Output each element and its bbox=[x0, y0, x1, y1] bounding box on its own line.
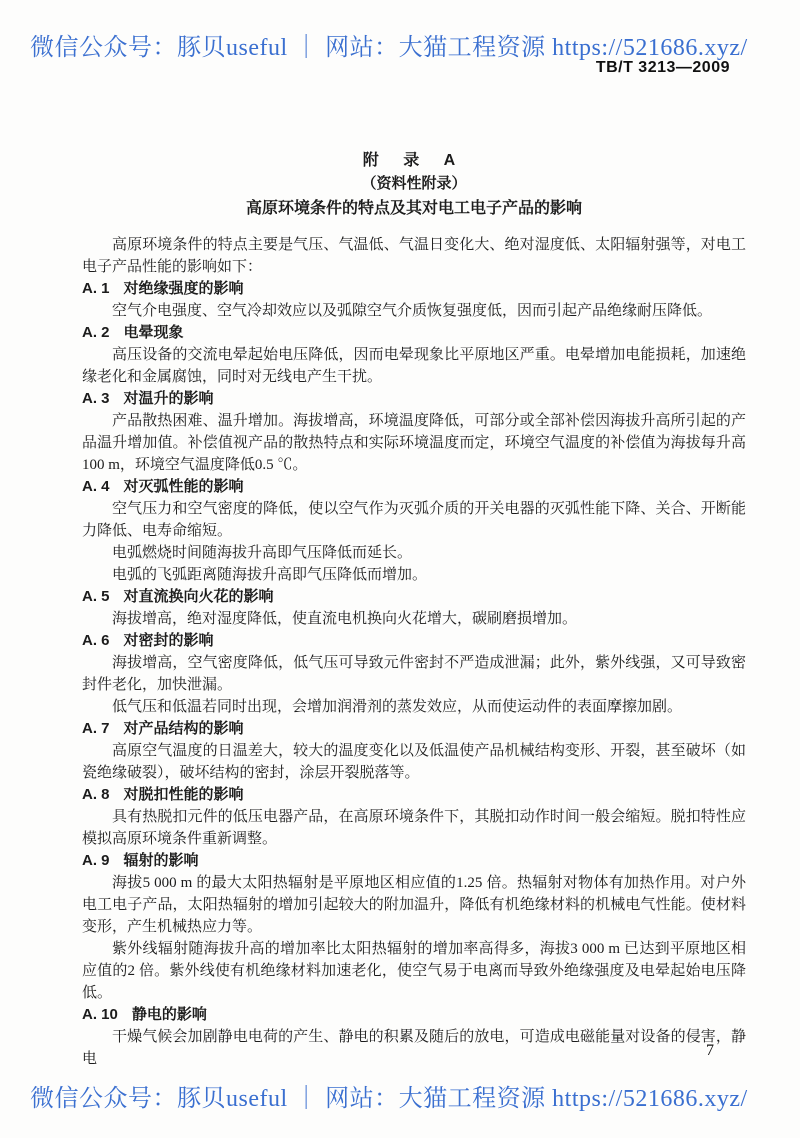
appendix-title: 高原环境条件的特点及其对电工电子产品的影响 bbox=[82, 196, 746, 221]
section-title: 对灭弧性能的影响 bbox=[124, 478, 244, 495]
section-heading-a7: A. 7对产品结构的影响 bbox=[82, 718, 746, 740]
section-paragraph: 空气压力和空气密度的降低，使以空气作为灭弧介质的开关电器的灭弧性能下降、关合、开… bbox=[82, 498, 746, 542]
section-paragraph: 高压设备的交流电晕起始电压降低，因而电晕现象比平原地区严重。电晕增加电能损耗，加… bbox=[82, 344, 746, 388]
section-number: A. 10 bbox=[82, 1004, 118, 1026]
section-paragraph: 具有热脱扣元件的低压电器产品，在高原环境条件下，其脱扣动作时间一般会缩短。脱扣特… bbox=[82, 806, 746, 850]
section-number: A. 8 bbox=[82, 784, 110, 806]
section-title: 对绝缘强度的影响 bbox=[124, 280, 244, 297]
section-heading-a4: A. 4对灭弧性能的影响 bbox=[82, 476, 746, 498]
section-title: 辐射的影响 bbox=[124, 852, 199, 869]
appendix-note: （资料性附录） bbox=[82, 172, 746, 196]
section-title: 对脱扣性能的影响 bbox=[124, 786, 244, 803]
section-number: A. 6 bbox=[82, 630, 110, 652]
intro-paragraph: 高原环境条件的特点主要是气压、气温低、气温日变化大、绝对湿度低、太阳辐射强等，对… bbox=[82, 234, 746, 278]
section-paragraph: 产品散热困难、温升增加。海拔增高，环境温度降低，可部分或全部补偿因海拔升高所引起… bbox=[82, 410, 746, 476]
section-title: 静电的影响 bbox=[132, 1006, 207, 1023]
appendix-label: 附 录 A bbox=[82, 150, 746, 172]
section-heading-a8: A. 8对脱扣性能的影响 bbox=[82, 784, 746, 806]
appendix-header: 附 录 A （资料性附录） 高原环境条件的特点及其对电工电子产品的影响 bbox=[82, 150, 746, 221]
section-paragraph: 电弧的飞弧距离随海拔升高即气压降低而增加。 bbox=[82, 564, 746, 586]
section-heading-a3: A. 3对温升的影响 bbox=[82, 388, 746, 410]
section-paragraph: 空气介电强度、空气冷却效应以及弧隙空气介质恢复强度低，因而引起产品绝缘耐压降低。 bbox=[82, 300, 746, 322]
watermark-bottom: 微信公众号：豚贝useful ｜ 网站：大猫工程资源 https://52168… bbox=[30, 1078, 770, 1113]
section-title: 电晕现象 bbox=[124, 324, 184, 341]
section-paragraph: 海拔增高，空气密度降低，低气压可导致元件密封不严造成泄漏；此外，紫外线强，又可导… bbox=[82, 652, 746, 696]
section-title: 对产品结构的影响 bbox=[124, 720, 244, 737]
section-heading-a6: A. 6对密封的影响 bbox=[82, 630, 746, 652]
section-paragraph: 干燥气候会加剧静电电荷的产生、静电的积累及随后的放电，可造成电磁能量对设备的侵害… bbox=[82, 1026, 746, 1070]
section-number: A. 5 bbox=[82, 586, 110, 608]
doc-number: TB/T 3213—2009 bbox=[596, 59, 730, 77]
section-title: 对直流换向火花的影响 bbox=[124, 588, 274, 605]
section-paragraph: 海拔5 000 m 的最大太阳热辐射是平原地区相应值的1.25 倍。热辐射对物体… bbox=[82, 872, 746, 938]
section-paragraph: 电弧燃烧时间随海拔升高即气压降低而延长。 bbox=[82, 542, 746, 564]
section-number: A. 4 bbox=[82, 476, 110, 498]
section-number: A. 7 bbox=[82, 718, 110, 740]
section-heading-a9: A. 9辐射的影响 bbox=[82, 850, 746, 872]
section-heading-a10: A. 10静电的影响 bbox=[82, 1004, 746, 1026]
page-number: 7 bbox=[706, 1042, 714, 1060]
section-title: 对密封的影响 bbox=[124, 632, 214, 649]
watermark-top: 微信公众号：豚贝useful ｜ 网站：大猫工程资源 https://52168… bbox=[30, 27, 770, 62]
section-paragraph: 高原空气温度的日温差大，较大的温度变化以及低温使产品机械结构变形、开裂，甚至破坏… bbox=[82, 740, 746, 784]
section-heading-a1: A. 1对绝缘强度的影响 bbox=[82, 278, 746, 300]
section-paragraph: 海拔增高，绝对湿度降低，使直流电机换向火花增大，碳刷磨损增加。 bbox=[82, 608, 746, 630]
section-number: A. 1 bbox=[82, 278, 110, 300]
section-heading-a5: A. 5对直流换向火花的影响 bbox=[82, 586, 746, 608]
section-number: A. 9 bbox=[82, 850, 110, 872]
document-content: 附 录 A （资料性附录） 高原环境条件的特点及其对电工电子产品的影响 高原环境… bbox=[82, 150, 746, 1070]
scanned-document-page: 微信公众号：豚贝useful ｜ 网站：大猫工程资源 https://52168… bbox=[0, 0, 800, 1138]
section-paragraph: 紫外线辐射随海拔升高的增加率比太阳热辐射的增加率高得多，海拔3 000 m 已达… bbox=[82, 938, 746, 1004]
section-title: 对温升的影响 bbox=[124, 390, 214, 407]
section-paragraph: 低气压和低温若同时出现，会增加润滑剂的蒸发效应，从而使运动件的表面摩擦加剧。 bbox=[82, 696, 746, 718]
section-number: A. 3 bbox=[82, 388, 110, 410]
section-number: A. 2 bbox=[82, 322, 110, 344]
section-heading-a2: A. 2电晕现象 bbox=[82, 322, 746, 344]
